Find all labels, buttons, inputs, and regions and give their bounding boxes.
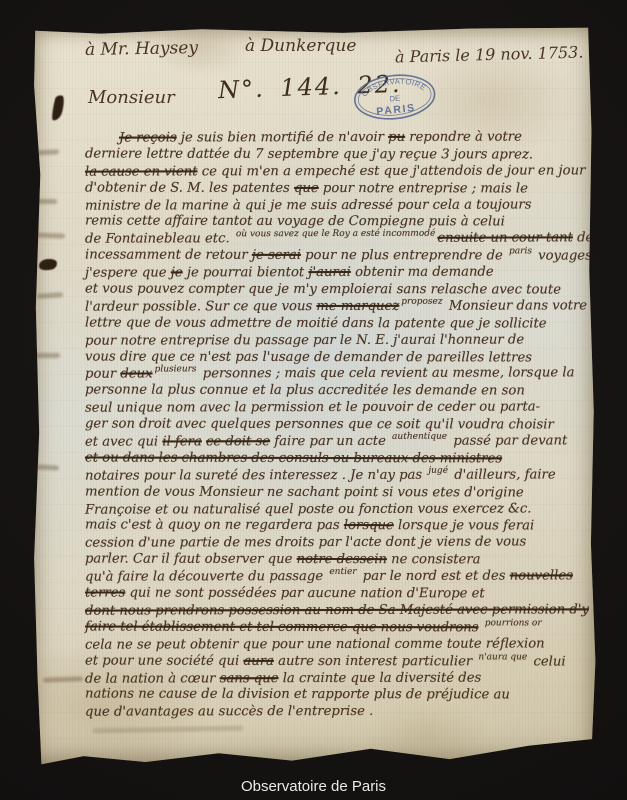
manuscript-text: je suis bien mortifié de n'avoir [177,130,388,146]
struck-text: je [171,266,183,281]
struck-text: j'aurai [308,265,351,280]
struck-text: nouvelles [510,569,573,584]
photo-caption: Observatoire de Paris [0,778,627,795]
interline-insertion: où vous savez que le Roy a esté incommod… [236,229,436,240]
struck-text: et ou dans les chambres des consuls ou b… [85,450,502,466]
manuscript-text: personne la plus connue et la plus accre… [85,383,525,399]
struck-text: me marquez [316,299,399,314]
struck-text: faire tel établissement et tel commerce … [85,619,479,635]
manuscript-line: ger son droit avec quelques personnes qu… [85,417,585,435]
struck-text: terres [85,586,125,601]
ink-smudge [31,232,65,238]
struck-text: que [294,181,319,196]
manuscript-text: mention de vous Monsieur ne sachant poin… [85,484,524,500]
manuscript-line: qu'à faire la découverte du passage enti… [85,569,585,587]
interline-insertion: plusieurs [155,365,197,375]
interline-insertion: authentique [392,432,447,442]
manuscript-text: nations ne cause de la division et rappo… [85,687,510,703]
manuscript-text: Françoise et ou naturalisé quel poste ou… [85,501,531,517]
manuscript-line: seul unique nom avec la permission et le… [85,400,585,418]
letter-page: à Mr. Haysey à Dunkerque à Paris le 19 n… [33,27,596,765]
manuscript-text: ministre de la marine à qui je me suis a… [85,197,532,213]
struck-text: dont nous prendrons possession au nom de… [85,602,589,618]
manuscript-text: pour [85,367,120,382]
manuscript-text: cela ne se peut obtenir que pour une nat… [85,636,545,652]
manuscript-text: et avec qui [85,434,162,449]
manuscript-text: lettre que de vous admettre de moitié da… [85,315,547,331]
manuscript-line: mais c'est à quoy on ne regardera pas lo… [85,518,585,536]
manuscript-text: derniere lettre dattée du 7 septembre qu… [85,146,533,162]
destination-line: à Dunkerque [245,36,356,56]
manuscript-text: d'obtenir de S. M. les patentes [85,180,294,195]
interline-insertion: pourrions or [485,618,542,628]
ink-smudge [29,149,59,156]
manuscript-text: celui [529,654,565,669]
manuscript-text: faire par un acte [270,434,390,449]
manuscript-line: et pour une société qui aura autre son i… [85,653,585,671]
manuscript-line: faire tel établissement et tel commerce … [85,619,585,637]
manuscript-line: incessamment de retour je serai pour ne … [85,248,585,266]
interline-insertion: jugé [428,466,448,476]
manuscript-text: parler. Car il faut observer que [85,552,297,567]
letter-body: Je reçois je suis bien mortifié de n'avo… [85,130,585,721]
ink-blot [50,94,66,122]
salutation: Monsieur [88,87,175,108]
manuscript-text: devant être [573,231,627,246]
manuscript-text: passé par devant [449,433,567,448]
manuscript-photo: à Mr. Haysey à Dunkerque à Paris le 19 n… [0,0,627,800]
manuscript-line: et avec qui il fera ce doit se faire par… [85,433,585,451]
ink-smudge [43,676,83,682]
manuscript-line: et ou dans les chambres des consuls ou b… [85,450,585,468]
manuscript-text: qu'à faire la découverte du passage [85,569,327,585]
struck-text: je serai [252,248,301,263]
manuscript-line: ministre de la marine à qui je me suis a… [85,197,585,215]
manuscript-line: Françoise et ou naturalisé quel poste ou… [85,501,585,519]
manuscript-text: personnes ; mais que cela revient au mes… [199,366,575,382]
manuscript-line: de la nation à cœur sans que la crainte … [85,670,585,688]
manuscript-text: pour notre entreprise ; mais le [319,181,528,196]
manuscript-text: l'ardeur possible. Sur ce que vous [85,299,316,315]
manuscript-text: cession d'une partie de mes droits par l… [85,535,526,551]
manuscript-text: repondre à votre [405,130,522,145]
manuscript-text: d'ailleurs, faire [450,467,556,482]
manuscript-line: la cause en vient ce qui m'en a empeché … [85,163,585,181]
manuscript-text: ger son droit avec quelques personnes qu… [85,417,554,433]
struck-text: deux [120,367,152,382]
manuscript-text: pour ne plus entreprendre de [301,248,507,263]
manuscript-line: Je reçois je suis bien mortifié de n'avo… [119,129,585,147]
manuscript-line: d'obtenir de S. M. les patentes que pour… [85,180,585,198]
manuscript-text: j'espere que [85,266,171,281]
manuscript-text: pour notre entreprise du passage par le … [85,332,524,348]
struck-text: ensuite un cour tant [437,231,573,246]
recipient-line: à Mr. Haysey [85,38,198,60]
manuscript-text: de Fontainebleau etc. [85,232,234,247]
manuscript-line: lettre que de vous admettre de moitié da… [85,315,585,333]
struck-text: Je reçois [119,130,177,145]
manuscript-text: la crainte que la diversité des [278,670,481,686]
struck-text: ce doit se [206,434,270,449]
manuscript-text: obtenir ma demande [351,265,494,280]
ink-blot [38,258,57,271]
manuscript-line: derniere lettre dattée du 7 septembre qu… [85,146,585,164]
interline-insertion: n'aura que [478,652,527,662]
manuscript-text: ne consistera [387,552,481,567]
stamp-text-middle: DE [389,93,400,103]
manuscript-text: par le nord est et des [359,569,510,584]
manuscript-line: cession d'une partie de mes droits par l… [85,535,585,553]
interline-insertion: paris [509,247,532,257]
manuscript-text: incessamment de retour [85,248,252,263]
struck-text: la cause en vient [85,164,198,179]
manuscript-line: pour deuxplusieurs personnes ; mais que … [85,366,585,384]
manuscript-text: et pour une société qui [85,653,243,668]
manuscript-text: je pourrai bientot [183,265,309,280]
manuscript-line: que d'avantages au succès de l'entrepris… [85,704,585,722]
manuscript-line: l'ardeur possible. Sur ce que vous me ma… [85,298,585,316]
manuscript-line: mention de vous Monsieur ne sachant poin… [85,484,585,502]
manuscript-text: vous dire que ce n'est pas l'usage de de… [85,349,532,365]
manuscript-text: que d'avantages au succès de l'entrepris… [85,704,373,720]
manuscript-text [479,620,483,635]
manuscript-text: remis cette affaire tantot au voyage de … [85,214,505,230]
dateline: à Paris le 19 nov. 1753. [395,43,584,67]
manuscript-text: Monsieur dans votre [445,298,588,313]
manuscript-line: personne la plus connue et la plus accre… [85,383,585,401]
manuscript-line: notaires pour la sureté des interessez .… [85,467,585,485]
ink-smudge [93,726,243,734]
manuscript-text: ce qui m'en a empeché est que j'attendoi… [198,163,586,179]
struck-text: aura [243,653,274,668]
struck-text: notre dessein [297,552,387,567]
struck-text: sans que [220,671,279,686]
ink-smudge [35,464,59,470]
manuscript-text: mais c'est à quoy on ne regardera pas [85,518,344,534]
ink-smudge [30,353,60,358]
interline-insertion: proposez [401,297,442,307]
struck-text: pu [388,130,405,145]
manuscript-line: et vous pouvez compter que je m'y emploi… [85,281,585,299]
manuscript-text: de la nation à cœur [85,671,220,686]
manuscript-line: nations ne cause de la division et rappo… [85,687,585,705]
struck-text: lorsque [344,519,394,534]
manuscript-line: j'espere que je je pourrai bientot j'aur… [85,264,585,282]
struck-text: il fera [162,434,202,449]
manuscript-text: lorsque je vous ferai [394,519,534,534]
observatory-stamp-icon: OBSERVATOIRE DE PARIS [348,68,441,133]
manuscript-text: voyages [534,249,592,264]
manuscript-line: terres qui ne sont possédées par aucune … [85,586,585,604]
manuscript-line: pour notre entreprise du passage par le … [85,332,585,350]
ink-smudge [35,199,57,204]
manuscript-text: notaires pour la sureté des interessez .… [85,468,426,484]
interline-insertion: entier [329,567,356,577]
manuscript-text: et vous pouvez compter que je m'y emploi… [85,281,561,297]
manuscript-text: qui ne sont possédées par aucune nation … [125,586,484,602]
manuscript-text: autre son interest particulier [274,653,476,668]
ink-smudge [37,292,63,299]
manuscript-text: seul unique nom avec la permission et le… [85,400,540,416]
